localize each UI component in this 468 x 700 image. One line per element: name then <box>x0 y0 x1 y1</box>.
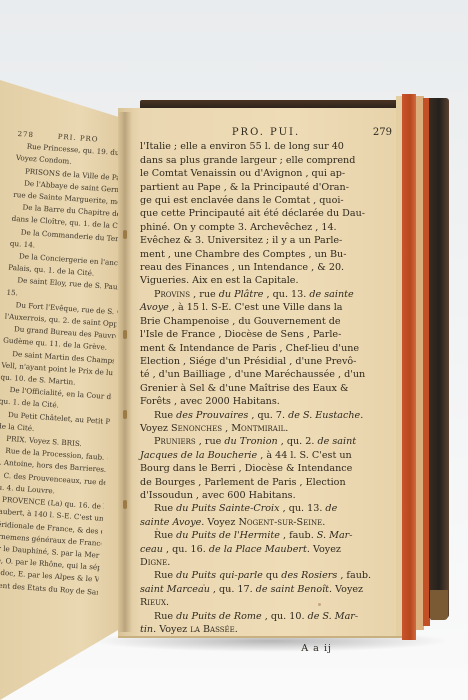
text-segment: , faub. <box>337 570 371 581</box>
text-segment: Rue <box>154 410 176 421</box>
small-caps-text: Digne. <box>140 557 170 568</box>
worn-cover-corner <box>430 590 448 620</box>
text-line: Election , Siége d'un Présidial , d'une … <box>140 355 392 368</box>
text-segment: de Bourges , Parlement de Paris , Electi… <box>140 477 346 488</box>
text-segment: , qu. 10. <box>262 611 308 622</box>
text-segment: Voyez <box>140 423 171 434</box>
text-segment: Evêchez & 3. Universitez ; il y a un Par… <box>140 235 342 246</box>
text-segment: , qu. 2. <box>278 436 318 447</box>
text-segment: Bourg dans le Berri , Diocèse & Intendan… <box>140 463 352 474</box>
italic-text: de S. Mar- <box>308 611 359 622</box>
italic-text: du Puits Sainte-Croix <box>176 503 279 514</box>
binding-stitch <box>123 410 127 419</box>
text-line: le Comtat Venaissin ou d'Avignon , qui a… <box>140 167 392 180</box>
text-segment: Forêts , avec 2000 Habitans. <box>140 396 280 407</box>
foxing-spot <box>228 588 231 591</box>
text-segment: Voyez <box>204 517 238 528</box>
italic-text: saint Marceau <box>140 584 210 595</box>
text-segment: , qu. 13. <box>280 503 326 514</box>
text-line: ment & Intendance de Paris , Chef-lieu d… <box>140 342 392 355</box>
italic-text: du Puits de Rome <box>176 611 262 622</box>
right-page-number: 279 <box>373 126 392 139</box>
text-line: Jacques de la Boucherie , à 44 l. S. C'e… <box>140 449 392 462</box>
text-line: ceau , qu. 16. de la Place Maubert. Voye… <box>140 543 392 556</box>
text-line: sainte Avoye. Voyez Nogent-sur-Seine. <box>140 516 392 529</box>
italic-text: de sainte <box>309 289 353 300</box>
italic-text: du Puits de l'Hermite <box>176 530 280 541</box>
text-segment: phiné. On y compte 3. Archevêchez , 14. <box>140 222 337 233</box>
text-segment: Voyez <box>310 544 341 555</box>
text-segment: d'Issoudun , avec 600 Habitans. <box>140 490 296 501</box>
right-page-lines: l'Italie ; elle a environ 55 l. de long … <box>140 140 392 636</box>
small-caps-text: la Bassée. <box>190 624 238 635</box>
text-segment: , <box>222 423 231 434</box>
text-line: té , d'un Bailliage , d'une Maréchaussée… <box>140 368 392 381</box>
italic-text: du Puits qui-parle <box>176 570 263 581</box>
text-segment: ment & Intendance de Paris , Chef-lieu d… <box>140 343 359 354</box>
italic-text: sainte Avoye. <box>140 517 204 528</box>
italic-text: de S. Eustache. <box>288 410 363 421</box>
text-segment: , qu. 7. <box>248 410 288 421</box>
left-page-text: 278 PRI. PRO Rue Princesse, qu. 19. du L… <box>0 128 130 598</box>
back-cover-top <box>140 100 402 108</box>
text-line: Vigueries. Aix en est la Capitale. <box>140 274 392 287</box>
text-segment: Rue <box>154 570 176 581</box>
text-segment: Grenier à Sel & d'une Maîtrise des Eaux … <box>140 383 349 394</box>
text-segment: l'Italie ; elle a environ 55 l. de long … <box>140 141 344 152</box>
italic-text: de <box>325 503 337 514</box>
small-caps-text: Pruniers <box>154 436 196 447</box>
right-running-head: PRO. PUI. 279 <box>140 126 392 139</box>
text-segment: Election , Siége d'un Présidial , d'une … <box>140 356 356 367</box>
italic-text: du Tronion <box>224 436 277 447</box>
text-line: Brie Champenoise , du Gouvernement de <box>140 315 392 328</box>
left-page-number: 278 <box>17 128 34 141</box>
text-line: saint Marceau , qu. 17. de saint Benoît.… <box>140 583 392 596</box>
italic-text: de la Place Maubert. <box>209 544 310 555</box>
text-segment: partient au Pape , & la Principauté d'Or… <box>140 182 349 193</box>
italic-text: de saint Benoît. <box>256 584 332 595</box>
text-line: Pruniers , rue du Tronion , qu. 2. de sa… <box>140 435 392 448</box>
text-line: tin. Voyez la Bassée. <box>140 623 392 636</box>
text-line: reau des Finances , un Intendance , & 20… <box>140 261 392 274</box>
text-segment: ge qui est enclavée dans le Comtat , quo… <box>140 195 344 206</box>
text-segment: , qu. 17. <box>210 584 256 595</box>
italic-text: ceau <box>140 544 163 555</box>
leather-cover <box>429 98 449 618</box>
right-running-head-title: PRO. PUI. <box>232 126 300 139</box>
text-line: Bourg dans le Berri , Diocèse & Intendan… <box>140 462 392 475</box>
foxing-spot <box>203 584 205 586</box>
small-caps-text: Provins <box>154 289 190 300</box>
text-segment: que cette Principauté ait été déclarée d… <box>140 208 365 219</box>
red-fore-edge <box>402 94 416 640</box>
text-line: que cette Principauté ait été déclarée d… <box>140 207 392 220</box>
signature-mark: A a ij <box>140 642 392 655</box>
text-segment: Rue <box>154 530 176 541</box>
text-segment: l'Isle de France , Diocèse de Sens , Par… <box>140 329 341 340</box>
text-line: phiné. On y compte 3. Archevêchez , 14. <box>140 221 392 234</box>
text-line: Rue du Puits qui-parle qu des Rosiers , … <box>140 569 392 582</box>
text-segment: Rue <box>154 611 176 622</box>
italic-text: des Prouvaires <box>176 410 248 421</box>
text-segment: dans sa plus grande largeur ; elle compr… <box>140 155 355 166</box>
book-photo: 278 PRI. PRO Rue Princesse, qu. 19. du L… <box>0 0 468 700</box>
small-caps-text: Montmirail. <box>231 423 288 434</box>
text-segment: Vigueries. Aix en est la Capitale. <box>140 275 299 286</box>
text-segment: té , d'un Bailliage , d'une Maréchaussée… <box>140 369 365 380</box>
text-line: ment , une Chambre des Comptes , un Bu- <box>140 248 392 261</box>
text-line: l'Italie ; elle a environ 55 l. de long … <box>140 140 392 153</box>
italic-text: Avoye <box>140 302 169 313</box>
text-line: Grenier à Sel & d'une Maîtrise des Eaux … <box>140 382 392 395</box>
text-line: dans sa plus grande largeur ; elle compr… <box>140 154 392 167</box>
text-line: l'Isle de France , Diocèse de Sens , Par… <box>140 328 392 341</box>
italic-text: de saint <box>317 436 356 447</box>
italic-text: S. Mar- <box>317 530 353 541</box>
text-segment: Voyez <box>332 584 363 595</box>
small-caps-text: Rieux. <box>140 597 169 608</box>
text-line: d'Issoudun , avec 600 Habitans. <box>140 489 392 502</box>
text-segment: , rue <box>196 436 225 447</box>
text-line: Rue du Puits Sainte-Croix , qu. 13. de <box>140 502 392 515</box>
text-line: Voyez Senonches , Montmirail. <box>140 422 392 435</box>
text-segment: Voyez <box>156 624 190 635</box>
text-segment: reau des Finances , un Intendance , & 20… <box>140 262 344 273</box>
text-segment: qu <box>263 570 281 581</box>
text-line: Rue du Puits de Rome , qu. 10. de S. Mar… <box>140 610 392 623</box>
text-segment: Brie Champenoise , du Gouvernement de <box>140 316 341 327</box>
left-page: 278 PRI. PRO Rue Princesse, qu. 19. du L… <box>0 80 135 700</box>
small-caps-text: Senonches <box>171 423 222 434</box>
text-line: Rue du Puits de l'Hermite , faub. S. Mar… <box>140 529 392 542</box>
italic-text: des Rosiers <box>281 570 337 581</box>
binding-stitch <box>123 230 127 239</box>
italic-text: tin. <box>140 624 156 635</box>
book-gutter <box>118 112 132 632</box>
text-line: Digne. <box>140 556 392 569</box>
text-line: Rue des Prouvaires , qu. 7. de S. Eustac… <box>140 409 392 422</box>
italic-text: Jacques de la Boucherie <box>140 450 257 461</box>
text-segment: , faub. <box>280 530 317 541</box>
text-line: Avoye , à 15 l. S-E. C'est une Ville dan… <box>140 301 392 314</box>
binding-stitch <box>123 500 127 509</box>
text-line: partient au Pape , & la Principauté d'Or… <box>140 181 392 194</box>
text-segment: , à 44 l. S. C'est un <box>257 450 352 461</box>
right-page-text: PRO. PUI. 279 l'Italie ; elle a environ … <box>140 126 392 656</box>
binding-stitch <box>123 330 127 339</box>
text-line: Rieux. <box>140 596 392 609</box>
text-segment: , qu. 16. <box>163 544 209 555</box>
small-caps-text: Nogent-sur-Seine. <box>238 517 325 528</box>
text-segment: Rue <box>154 503 176 514</box>
text-segment: , qu. 13. <box>263 289 309 300</box>
right-page: PRO. PUI. 279 l'Italie ; elle a environ … <box>118 108 410 638</box>
foxing-spot <box>156 528 158 530</box>
italic-text: du Plâtre <box>219 289 264 300</box>
text-line: ge qui est enclavée dans le Comtat , quo… <box>140 194 392 207</box>
text-segment: ment , une Chambre des Comptes , un Bu- <box>140 249 346 260</box>
left-page-lines: Rue Princesse, qu. 19. du Luxembourg.Voy… <box>0 140 129 598</box>
text-line: de Bourges , Parlement de Paris , Electi… <box>140 476 392 489</box>
text-segment: , rue <box>190 289 219 300</box>
text-line: Provins , rue du Plâtre , qu. 13. de sai… <box>140 288 392 301</box>
foxing-spot <box>318 603 321 606</box>
text-line: Evêchez & 3. Universitez ; il y a un Par… <box>140 234 392 247</box>
text-segment: , à 15 l. S-E. C'est une Ville dans la <box>169 302 343 313</box>
text-line: Forêts , avec 2000 Habitans. <box>140 395 392 408</box>
text-segment: le Comtat Venaissin ou d'Avignon , qui a… <box>140 168 345 179</box>
